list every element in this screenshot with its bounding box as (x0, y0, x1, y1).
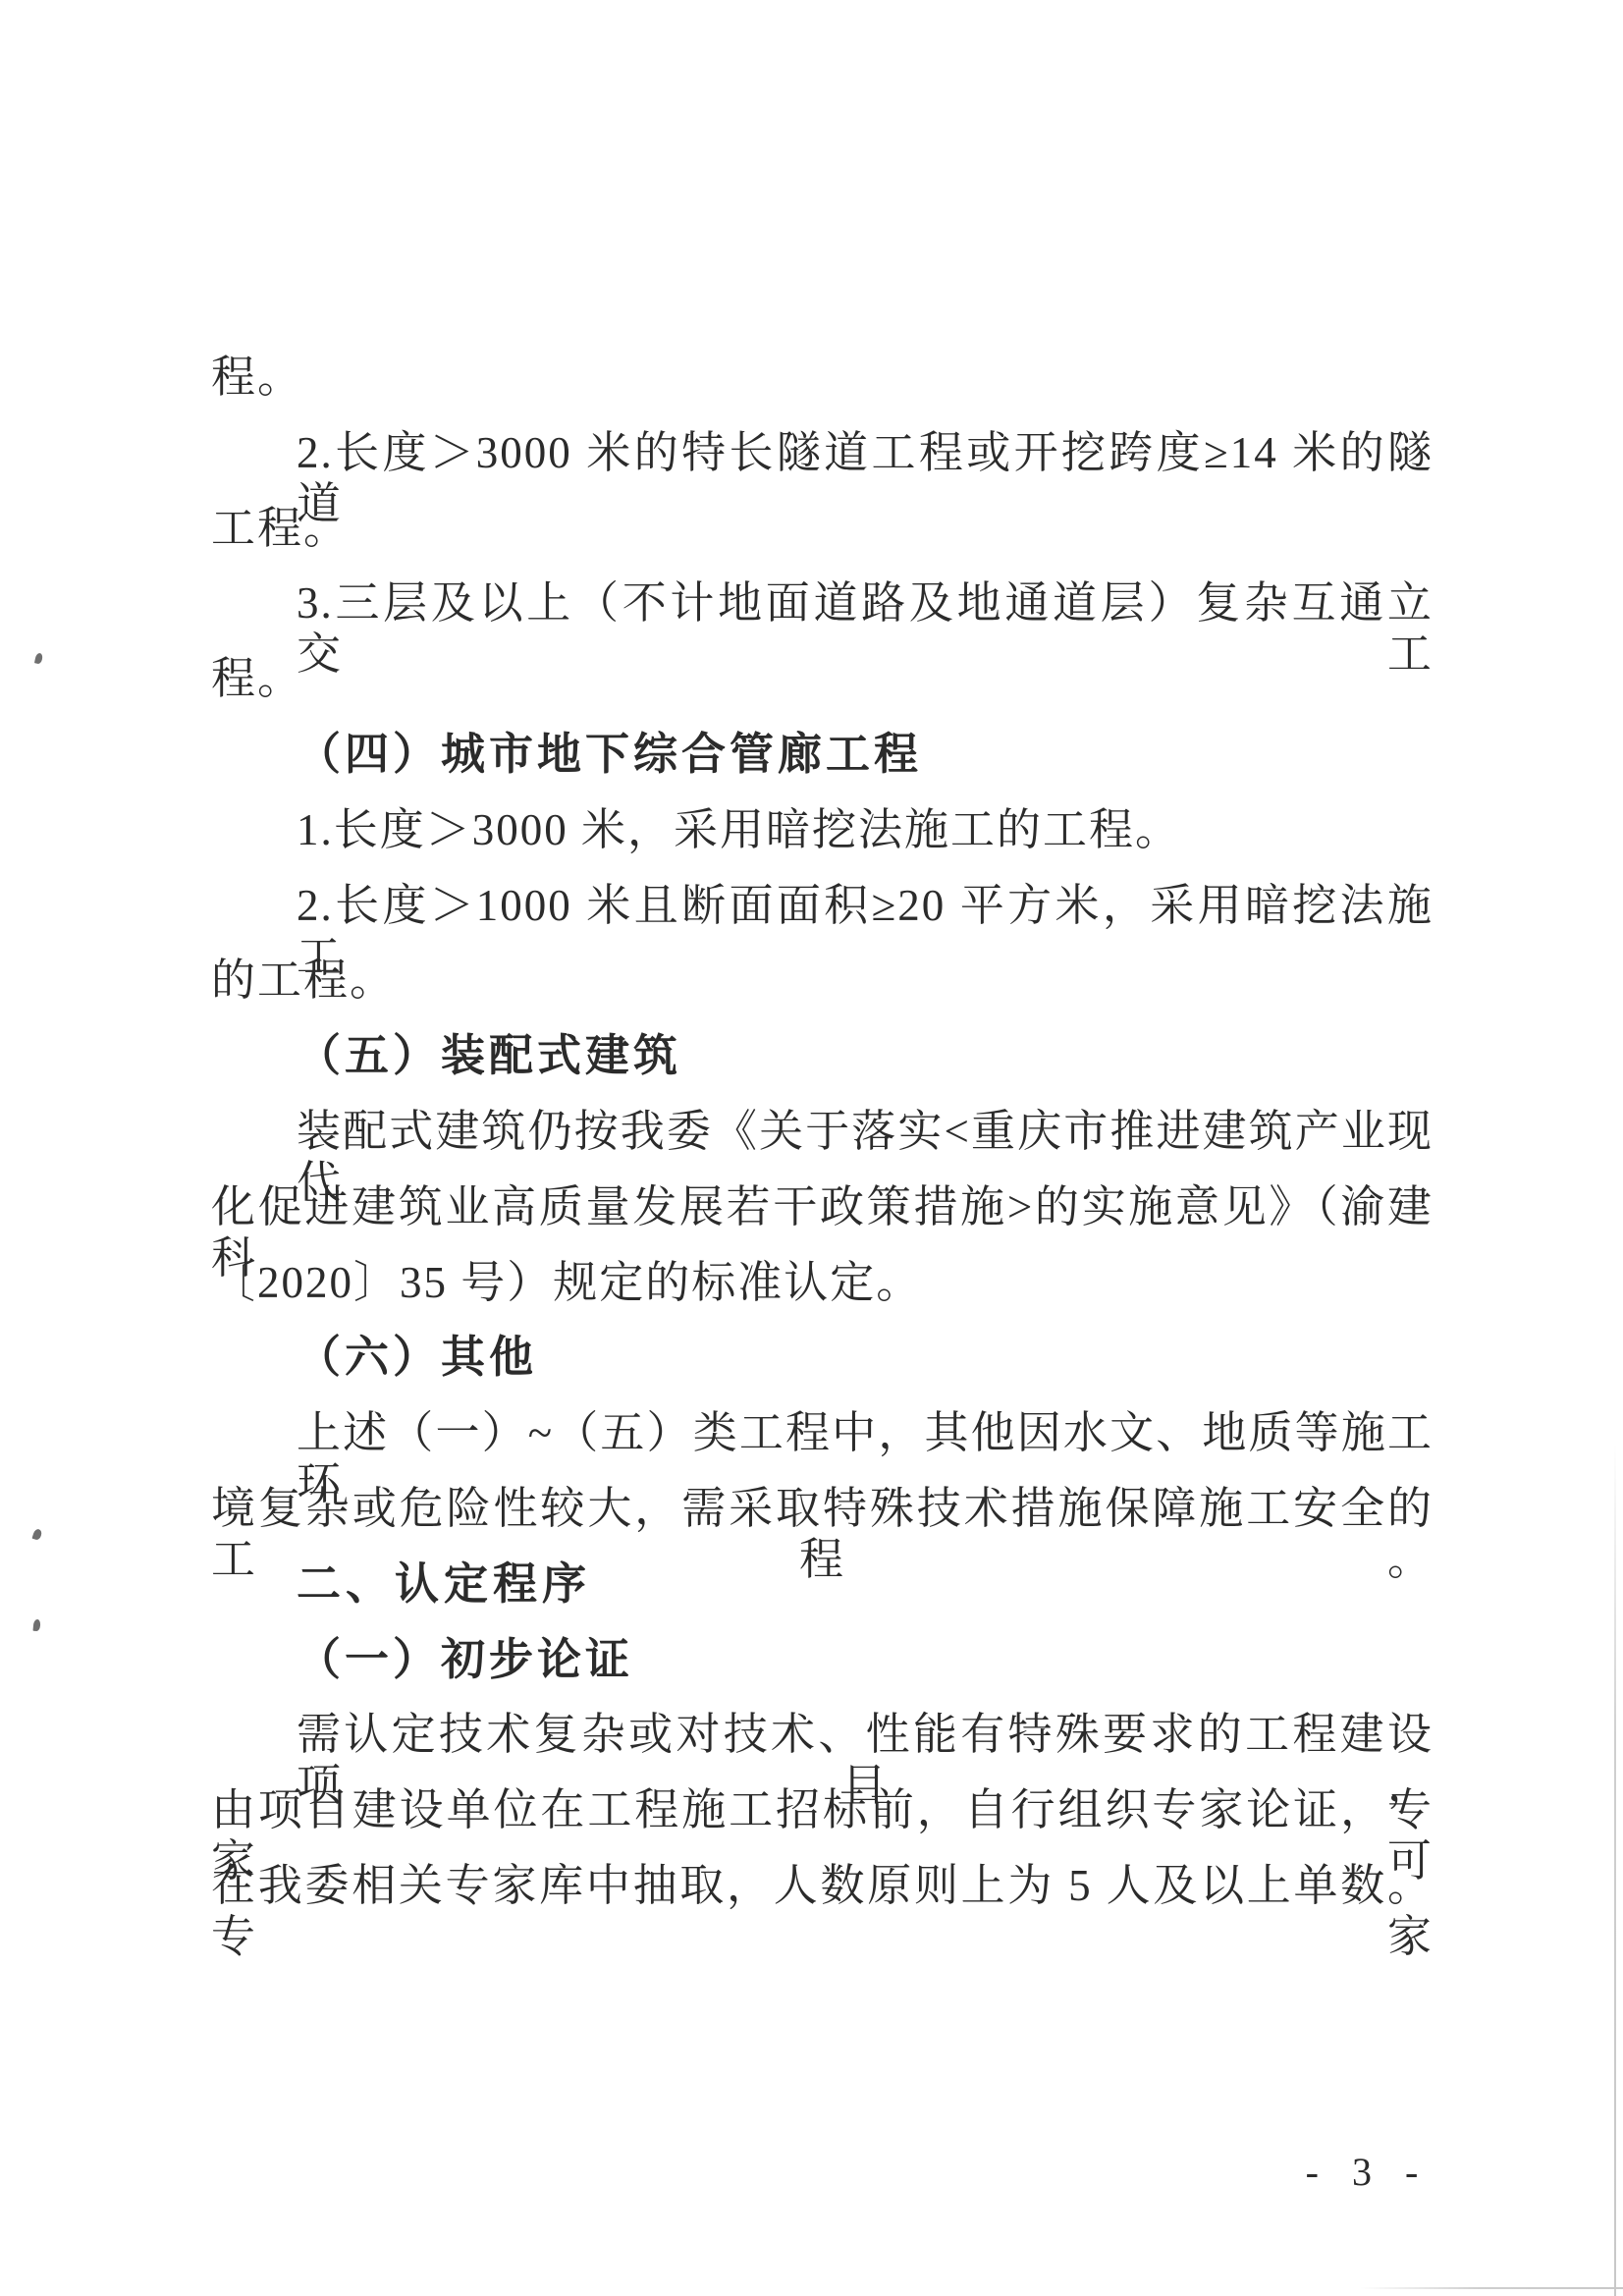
text-line: 2.长度＞1000 米且断面面积≥20 平方米，采用暗挖法施工 (297, 880, 1434, 982)
ink-speck (34, 652, 43, 664)
ink-speck (32, 1619, 40, 1632)
text-line: 在我委相关专家库中抽取，人数原则上为 5 人及以上单数。专家 (211, 1860, 1434, 1962)
text-line: （五）装配式建筑 (297, 1030, 681, 1081)
text-line: （六）其他 (297, 1332, 537, 1383)
text-line: 〔2020〕35 号）规定的标准认定。 (211, 1257, 922, 1308)
ink-speck (31, 1528, 42, 1541)
text-line: （一）初步论证 (297, 1634, 633, 1685)
text-line: 工程。 (211, 503, 350, 554)
text-line: 1.长度＞3000 米，采用暗挖法施工的工程。 (297, 804, 1181, 855)
text-line: 的工程。 (211, 955, 396, 1006)
text-line: 2.长度＞3000 米的特长隧道工程或开挖跨度≥14 米的隧道 (297, 427, 1434, 529)
scan-edge-right (1614, 1444, 1616, 2296)
scan-edge-bottom (1360, 2287, 1623, 2289)
document-page: 程。2.长度＞3000 米的特长隧道工程或开挖跨度≥14 米的隧道工程。3.三层… (0, 0, 1623, 2296)
text-line: （四）城市地下综合管廊工程 (297, 729, 922, 780)
text-line: 程。 (211, 653, 303, 704)
text-line: 程。 (211, 352, 303, 403)
text-line: 3.三层及以上（不计地面道路及地通道层）复杂互通立交工 (297, 577, 1434, 680)
text-line: 二、认定程序 (297, 1558, 591, 1610)
page-number: - 3 - (1294, 2149, 1441, 2195)
